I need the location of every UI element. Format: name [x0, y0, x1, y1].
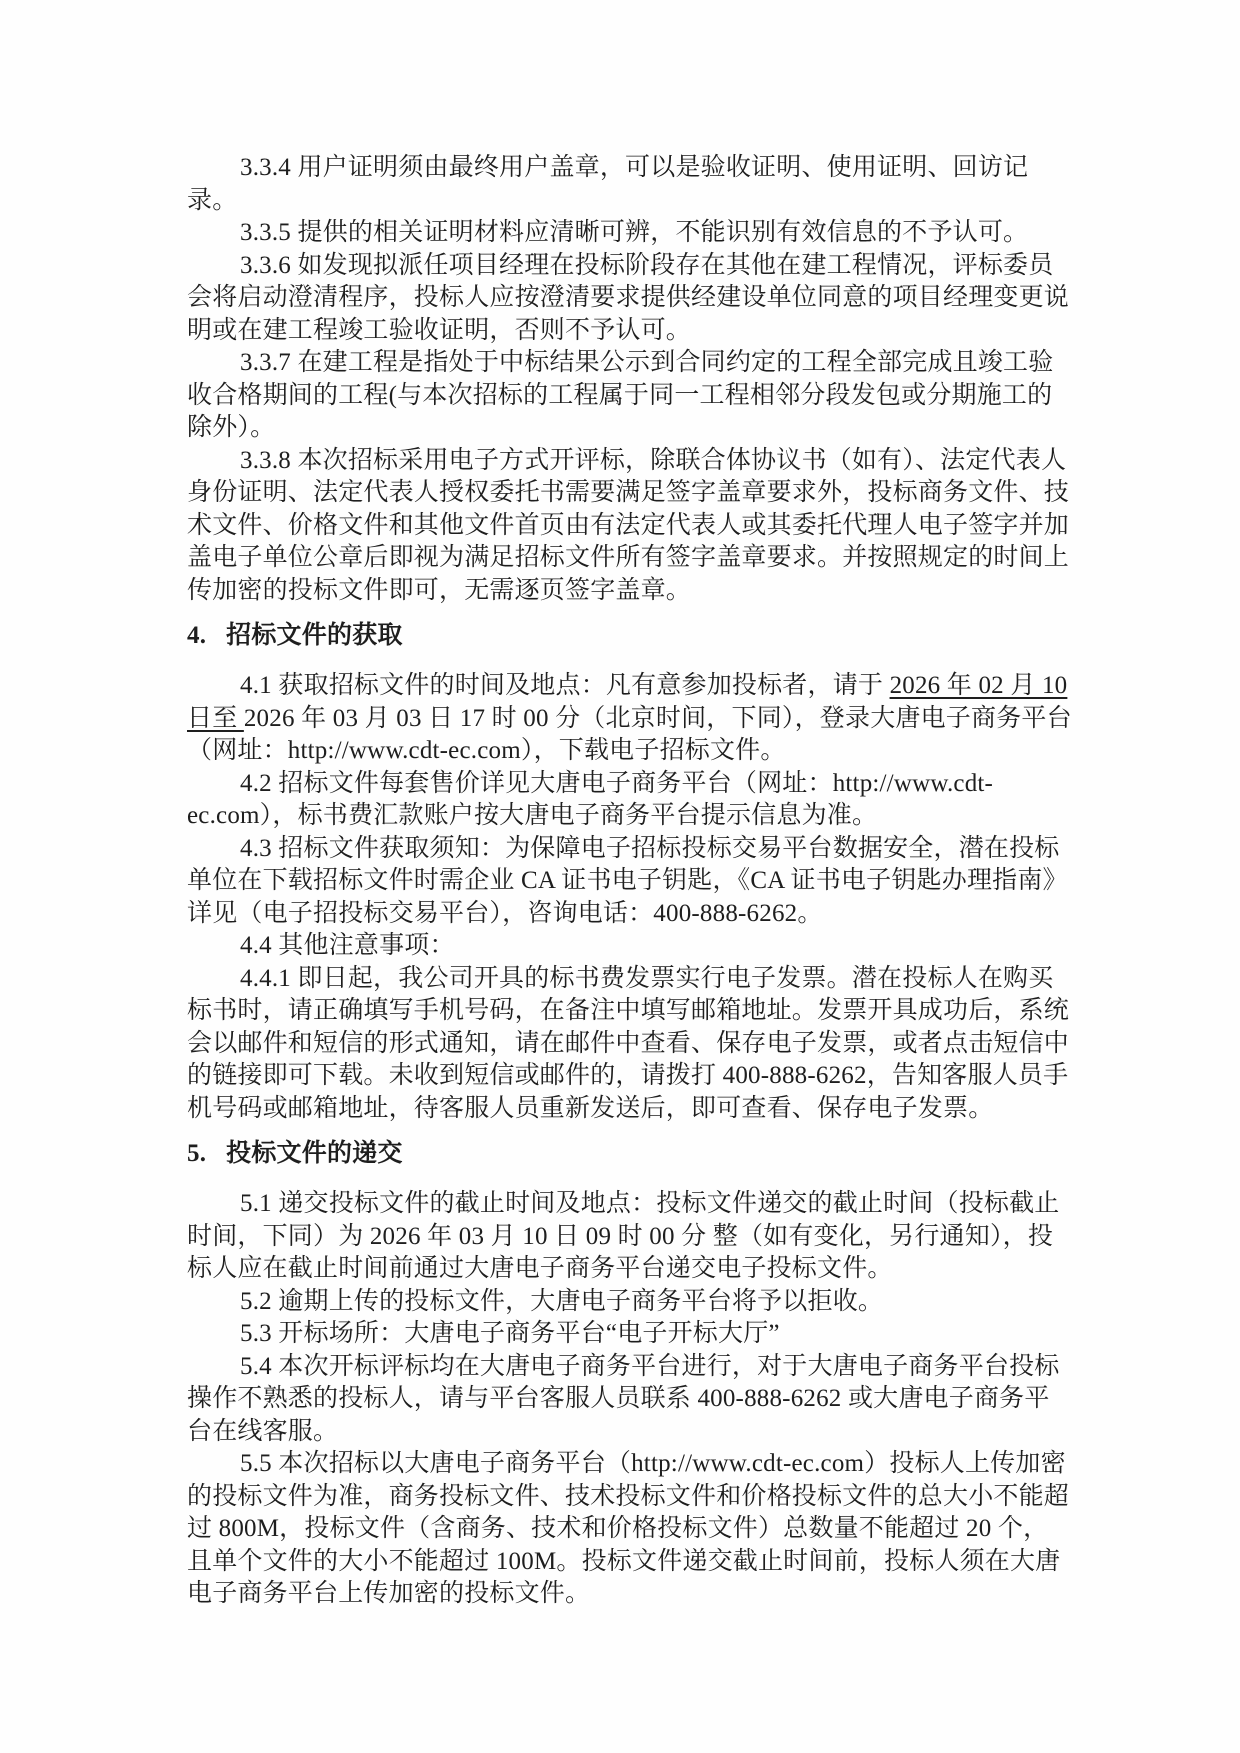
- paragraph-5-5: 5.5 本次招标以大唐电子商务平台（http://www.cdt-ec.com）…: [187, 1448, 1072, 1611]
- paragraph-4-3: 4.3 招标文件获取须知：为保障电子招标投标交易平台数据安全，潜在投标单位在下载…: [187, 833, 1072, 931]
- paragraph-4-1-text-after: 2026 年 03 月 03 日 17 时 00 分（北京时间，下同），登录大唐…: [187, 705, 1072, 765]
- paragraph-4-2: 4.2 招标文件每套售价详见大唐电子商务平台（网址：http://www.cdt…: [187, 768, 1072, 833]
- section-5-heading: 5.投标文件的递交: [187, 1137, 1072, 1170]
- section-4-number: 4.: [187, 622, 206, 649]
- paragraph-4-1: 4.1 获取招标文件的时间及地点：凡有意参加投标者，请于 2026 年 02 月…: [187, 670, 1072, 768]
- section-5-title: 投标文件的递交: [226, 1140, 402, 1167]
- paragraph-3-3-7: 3.3.7 在建工程是指处于中标结果公示到合同约定的工程全部完成且竣工验收合格期…: [187, 347, 1072, 445]
- paragraph-3-3-4: 3.3.4 用户证明须由最终用户盖章，可以是验收证明、使用证明、回访记录。: [187, 152, 1072, 217]
- paragraph-4-1-text-before: 4.1 获取招标文件的时间及地点：凡有意参加投标者，请于: [240, 672, 890, 699]
- paragraph-3-3-5: 3.3.5 提供的相关证明材料应清晰可辨，不能识别有效信息的不予认可。: [187, 217, 1072, 250]
- section-4-heading: 4.招标文件的获取: [187, 619, 1072, 652]
- section-5-number: 5.: [187, 1140, 206, 1167]
- paragraph-5-1: 5.1 递交投标文件的截止时间及地点：投标文件递交的截止时间（投标截止时间，下同…: [187, 1188, 1072, 1286]
- paragraph-5-3: 5.3 开标场所：大唐电子商务平台“电子开标大厅”: [187, 1318, 1072, 1351]
- section-4-title: 招标文件的获取: [226, 622, 402, 649]
- paragraph-3-3-6: 3.3.6 如发现拟派任项目经理在投标阶段存在其他在建工程情况，评标委员会将启动…: [187, 250, 1072, 348]
- paragraph-3-3-8: 3.3.8 本次招标采用电子方式开评标，除联合体协议书（如有）、法定代表人身份证…: [187, 445, 1072, 608]
- document-page: 3.3.4 用户证明须由最终用户盖章，可以是验收证明、使用证明、回访记录。 3.…: [0, 0, 1240, 1753]
- paragraph-5-4: 5.4 本次开标评标均在大唐电子商务平台进行，对于大唐电子商务平台投标操作不熟悉…: [187, 1351, 1072, 1449]
- paragraph-4-4: 4.4 其他注意事项：: [187, 930, 1072, 963]
- paragraph-5-2: 5.2 逾期上传的投标文件，大唐电子商务平台将予以拒收。: [187, 1286, 1072, 1319]
- paragraph-4-4-1: 4.4.1 即日起，我公司开具的标书费发票实行电子发票。潜在投标人在购买标书时，…: [187, 963, 1072, 1126]
